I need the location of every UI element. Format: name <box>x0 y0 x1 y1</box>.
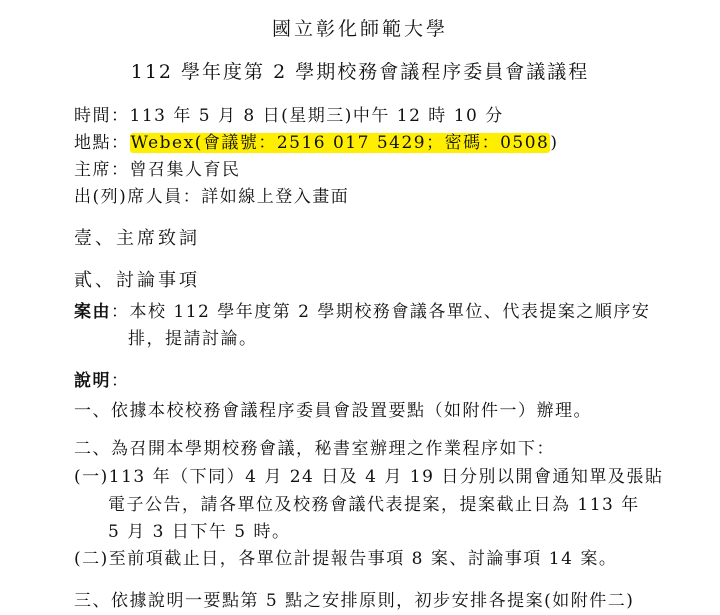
explanation-item-3: 三、依據說明一要點第 5 點之安排原則，初步安排各提案(如附件二) <box>74 586 634 611</box>
explanation-sub-1-line-3: 5 月 3 日下午 5 時。 <box>108 517 290 542</box>
meeting-location: 地點：Webex(會議號：2516 017 5429；密碼：0508) <box>74 128 559 153</box>
explanation-item-1: 一、依據本校校務會議程序委員會設置要點（如附件一）辦理。 <box>74 396 592 421</box>
proposal-reason: 案由：本校 112 學年度第 2 學期校務會議各單位、代表提案之順序安 <box>74 297 650 322</box>
reason-line1: ：本校 112 學年度第 2 學期校務會議各單位、代表提案之順序安 <box>111 302 650 322</box>
location-highlight: Webex(會議號：2516 017 5429；密碼：0508 <box>130 133 551 153</box>
explanation-colon: ： <box>111 371 130 391</box>
chair-value: 曾召集人育民 <box>130 160 241 180</box>
explanation-label: 說明 <box>74 371 111 391</box>
section-discussion: 貳、討論事項 <box>74 266 200 292</box>
university-title: 國立彰化師範大學 <box>0 14 720 41</box>
explanation-heading: 說明： <box>74 366 130 391</box>
section-chair-remarks: 壹、主席致詞 <box>74 224 200 250</box>
time-label: 時間： <box>74 106 130 126</box>
meeting-attendees: 出(列)席人員：詳如線上登入畫面 <box>74 182 349 207</box>
meeting-time: 時間：113 年 5 月 8 日(星期三)中午 12 時 10 分 <box>74 101 504 126</box>
location-label: 地點： <box>74 133 130 153</box>
agenda-title: 112 學年度第 2 學期校務會議程序委員會議議程 <box>0 57 720 84</box>
location-suffix: ) <box>550 133 558 153</box>
explanation-sub-1-line-1: (一)113 年（下同）4 月 24 日及 4 月 19 日分別以開會通知單及張… <box>74 462 663 487</box>
reason-label: 案由 <box>74 302 111 322</box>
chair-label: 主席： <box>74 160 130 180</box>
location-prefix: Webex <box>131 133 195 153</box>
explanation-item-2: 二、為召開本學期校務會議，秘書室辦理之作業程序如下： <box>74 434 555 459</box>
time-value: 113 年 5 月 8 日(星期三)中午 12 時 10 分 <box>130 106 504 126</box>
attendees-label: 出(列)席人員： <box>74 187 201 207</box>
explanation-sub-2: (二)至前項截止日，各單位計提報告事項 8 案、討論事項 14 案。 <box>74 544 617 569</box>
attendees-value: 詳如線上登入畫面 <box>201 187 349 207</box>
meeting-chair: 主席：曾召集人育民 <box>74 155 241 180</box>
explanation-sub-1-line-2: 電子公告，請各單位及校務會議代表提案，提案截止日為 113 年 <box>108 490 640 515</box>
location-details: (會議號：2516 017 5429；密碼：0508 <box>195 133 550 153</box>
reason-line2: 排，提請討論。 <box>128 324 258 349</box>
